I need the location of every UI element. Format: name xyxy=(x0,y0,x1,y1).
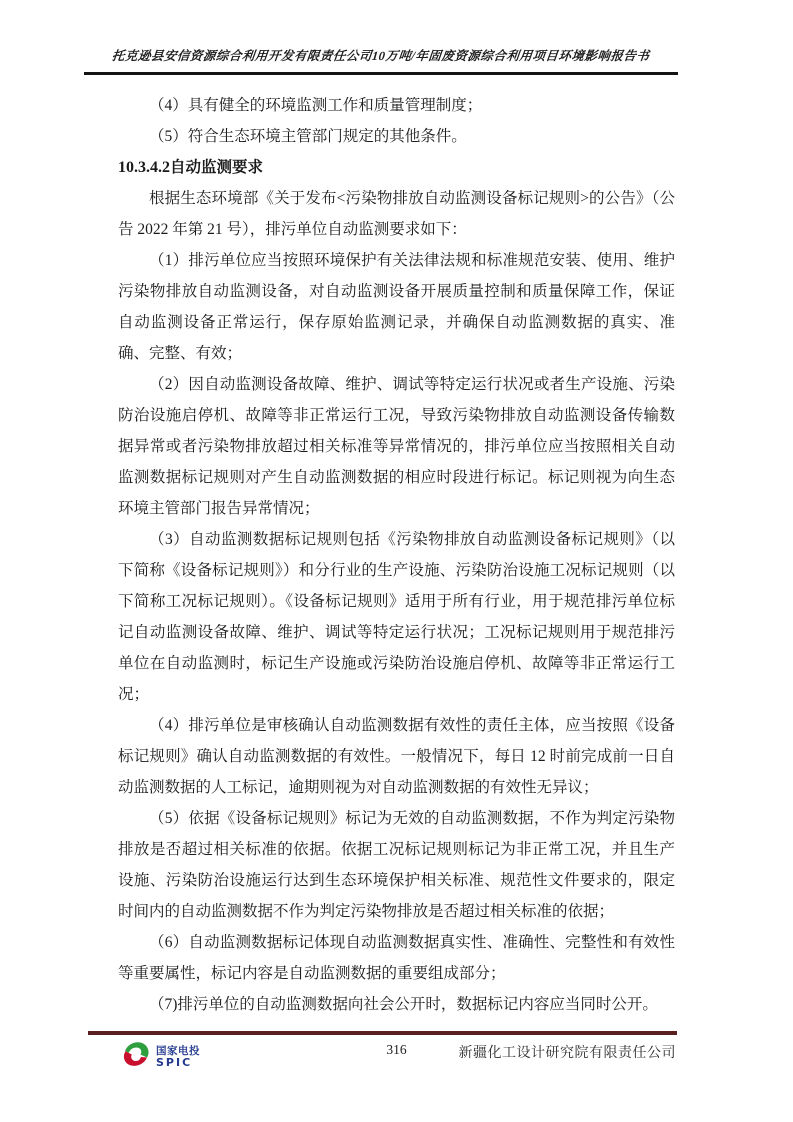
document-body: （4）具有健全的环境监测工作和质量管理制度； （5）符合生态环境主管部门规定的其… xyxy=(118,90,675,1020)
footer-company-name: 新疆化工设计研究院有限责任公司 xyxy=(459,1042,677,1062)
paragraph: （3）自动监测数据标记规则包括《污染物排放自动监测设备标记规则》（以下简称《设备… xyxy=(118,524,675,710)
list-item: （5）符合生态环境主管部门规定的其他条件。 xyxy=(118,121,675,152)
list-item: （4）具有健全的环境监测工作和质量管理制度； xyxy=(118,90,675,121)
footer-divider xyxy=(88,1031,677,1035)
paragraph: （2）因自动监测设备故障、维护、调试等特定运行状况或者生产设施、污染防治设施启停… xyxy=(118,369,675,524)
page-header: 托克逊县安信资源综合利用开发有限责任公司10万吨/年固废资源综合利用项目环境影响… xyxy=(84,46,678,75)
paragraph: （6）自动监测数据标记体现自动监测数据真实性、准确性、完整性和有效性等重要属性，… xyxy=(118,927,675,989)
paragraph: （7)排污单位的自动监测数据向社会公开时，数据标记内容应当同时公开。 xyxy=(118,989,675,1020)
section-number: 10.3.4.2 xyxy=(118,159,170,176)
paragraph: 根据生态环境部《关于发布<污染物排放自动监测设备标记规则>的公告》（公告 202… xyxy=(118,183,675,245)
section-heading: 10.3.4.2自动监测要求 xyxy=(118,152,675,183)
paragraph: （5）依据《设备标记规则》标记为无效的自动监测数据，不作为判定污染物排放是否超过… xyxy=(118,803,675,927)
spic-logo-en: SPIC xyxy=(156,1057,200,1069)
document-page: 托克逊县安信资源综合利用开发有限责任公司10万吨/年固废资源综合利用项目环境影响… xyxy=(0,0,793,1122)
header-title: 托克逊县安信资源综合利用开发有限责任公司10万吨/年固废资源综合利用项目环境影响… xyxy=(111,46,650,64)
paragraph: （1）排污单位应当按照环境保护有关法律法规和标准规范安装、使用、维护污染物排放自… xyxy=(118,245,675,369)
section-title: 自动监测要求 xyxy=(170,158,263,176)
paragraph: （4）排污单位是审核确认自动监测数据有效性的责任主体，应当按照《设备标记规则》确… xyxy=(118,710,675,803)
